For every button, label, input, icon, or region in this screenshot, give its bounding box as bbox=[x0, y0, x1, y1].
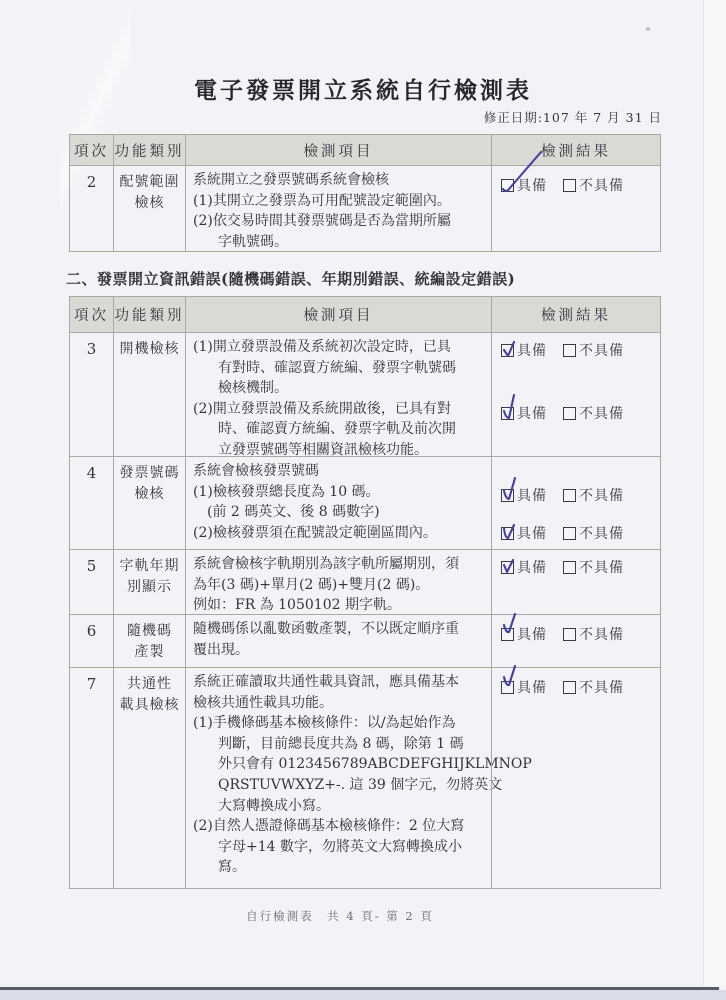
category-line: 配號範圍 bbox=[114, 172, 185, 193]
table-row-6: 6 隨機碼 產製 隨機碼係以亂數函數產製，不以既定順序重 覆出現。 bbox=[70, 614, 660, 667]
text-line: (前 2 碼英文、後 8 碼數字) bbox=[193, 502, 487, 523]
checkbox-box bbox=[563, 489, 576, 502]
category-line: 檢核 bbox=[114, 484, 185, 505]
table1-header-row: 項次 功能類別 檢測項目 檢測結果 bbox=[70, 135, 660, 165]
checkbox-box bbox=[563, 407, 576, 420]
category-cell: 開機檢核 bbox=[113, 333, 185, 456]
table2-header-row: 項次 功能類別 檢測項目 檢測結果 bbox=[70, 297, 660, 332]
text-line: (2)依交易時間其發票號碼是否為當期所屬 bbox=[193, 211, 487, 232]
checkbox-not-available[interactable]: 不具備 bbox=[563, 523, 624, 543]
result-cell: 具備 不具備 具備 bbox=[491, 457, 660, 549]
result-checkboxes: 具備 不具備 bbox=[501, 403, 624, 423]
text-line: 系統正確讀取共通性載具資訊，應具備基本 bbox=[193, 672, 487, 693]
category-line: 隨機碼 bbox=[114, 621, 185, 642]
item-no-cell: 6 bbox=[70, 615, 113, 667]
checkbox-box bbox=[501, 681, 514, 694]
text-line: 系統會檢核發票號碼 bbox=[193, 461, 487, 482]
checkbox-not-available[interactable]: 不具備 bbox=[563, 624, 624, 644]
text-line: 寫。 bbox=[193, 857, 487, 878]
checkbox-label: 不具備 bbox=[579, 175, 624, 195]
text-line: 檢核共通性載具功能。 bbox=[193, 693, 487, 714]
checkbox-box bbox=[501, 344, 514, 357]
checkbox-label: 具備 bbox=[517, 340, 547, 360]
checkbox-available[interactable]: 具備 bbox=[501, 557, 547, 577]
result-cell: 具備 不具備 具備 bbox=[491, 333, 660, 456]
text-line: 系統會檢核字軌期別為該字軌所屬期別，須 bbox=[193, 554, 487, 575]
checkbox-label: 具備 bbox=[517, 677, 547, 697]
checkbox-box bbox=[501, 527, 514, 540]
checkbox-label: 具備 bbox=[517, 403, 547, 423]
checkmark-icon bbox=[500, 339, 518, 359]
scan-speck bbox=[646, 27, 650, 31]
text-line: (1)其開立之發票為可用配號設定範圍內。 bbox=[193, 191, 487, 212]
text-line: 系統開立之發票號碼系統會檢核 bbox=[193, 170, 487, 191]
checkbox-available[interactable]: 具備 bbox=[501, 677, 547, 697]
inspection-item-cell: 隨機碼係以亂數函數產製，不以既定順序重 覆出現。 bbox=[185, 615, 491, 667]
checkbox-label: 不具備 bbox=[579, 340, 624, 360]
checkbox-available[interactable]: 具備 bbox=[501, 523, 547, 543]
text-line: (1)開立發票設備及系統初次設定時，已具 bbox=[193, 337, 487, 358]
paper-right-edge bbox=[703, 0, 726, 986]
checkbox-not-available[interactable]: 不具備 bbox=[563, 175, 624, 195]
section2-heading: 二、發票開立資訊錯誤(隨機碼錯誤、年期別錯誤、統編設定錯誤) bbox=[66, 268, 515, 289]
item-no-cell: 3 bbox=[70, 333, 113, 456]
checkbox-not-available[interactable]: 不具備 bbox=[563, 485, 624, 505]
checkbox-box bbox=[501, 489, 514, 502]
header-inspection-item: 檢測項目 bbox=[185, 135, 491, 165]
header-result: 檢測結果 bbox=[491, 297, 660, 332]
text-line: (1)手機條碼基本檢核條件：以/為起始作為 bbox=[193, 713, 487, 734]
checkbox-label: 具備 bbox=[517, 624, 547, 644]
checkbox-box bbox=[563, 561, 576, 574]
checkbox-available[interactable]: 具備 bbox=[501, 485, 547, 505]
result-cell: 具備 不具備 bbox=[491, 615, 660, 667]
result-checkboxes: 具備 不具備 bbox=[501, 340, 624, 360]
result-checkboxes: 具備 不具備 bbox=[501, 624, 624, 644]
text-line: 外只會有 0123456789ABCDEFGHIJKLMNOP bbox=[193, 754, 487, 775]
item-no-cell: 2 bbox=[70, 166, 113, 251]
result-checkboxes: 具備 不具備 bbox=[501, 485, 624, 505]
item-no-cell: 5 bbox=[70, 550, 113, 614]
header-item-no: 項次 bbox=[70, 297, 113, 332]
checkbox-box bbox=[501, 628, 514, 641]
inspection-item-cell: 系統開立之發票號碼系統會檢核 (1)其開立之發票為可用配號設定範圍內。 (2)依… bbox=[185, 166, 491, 251]
checkbox-label: 具備 bbox=[517, 485, 547, 505]
checkbox-available[interactable]: 具備 bbox=[501, 175, 547, 195]
page-title: 電子發票開立系統自行檢測表 bbox=[0, 72, 726, 105]
header-item-no: 項次 bbox=[70, 135, 113, 165]
table-row-2: 2 配號範圍 檢核 系統開立之發票號碼系統會檢核 (1)其開立之發票為可用配號設… bbox=[70, 165, 660, 251]
checkbox-label: 不具備 bbox=[579, 557, 624, 577]
checkbox-box bbox=[501, 561, 514, 574]
result-checkboxes: 具備 不具備 bbox=[501, 523, 624, 543]
checkbox-label: 不具備 bbox=[579, 677, 624, 697]
inspection-item-cell: 系統正確讀取共通性載具資訊，應具備基本 檢核共通性載具功能。 (1)手機條碼基本… bbox=[185, 668, 491, 888]
text-line: 字軌號碼。 bbox=[193, 232, 487, 253]
inspection-item-cell: (1)開立發票設備及系統初次設定時，已具 有對時、確認賣方統編、發票字軌號碼 檢… bbox=[185, 333, 491, 456]
checkbox-box bbox=[563, 344, 576, 357]
category-line: 字軌年期 bbox=[114, 556, 185, 577]
text-line: (2)自然人憑證條碼基本檢核條件：2 位大寫 bbox=[193, 816, 487, 837]
table-row-5: 5 字軌年期 別顯示 系統會檢核字軌期別為該字軌所屬期別，須 為年(3 碼)+單… bbox=[70, 549, 660, 614]
text-line: 字母+14 數字，勿將英文大寫轉換成小 bbox=[193, 837, 487, 858]
inspection-item-cell: 系統會檢核發票號碼 (1)檢核發票總長度為 10 碼。 (前 2 碼英文、後 8… bbox=[185, 457, 491, 549]
header-category: 功能類別 bbox=[113, 297, 185, 332]
checkbox-label: 具備 bbox=[517, 175, 547, 195]
category-cell: 隨機碼 產製 bbox=[113, 615, 185, 667]
category-cell: 字軌年期 別顯示 bbox=[113, 550, 185, 614]
checkbox-available[interactable]: 具備 bbox=[501, 403, 547, 423]
category-line: 共通性 bbox=[114, 674, 185, 695]
table-row-3: 3 開機檢核 (1)開立發票設備及系統初次設定時，已具 有對時、確認賣方統編、發… bbox=[70, 332, 660, 456]
checkbox-not-available[interactable]: 不具備 bbox=[563, 677, 624, 697]
text-line: (1)檢核發票總長度為 10 碼。 bbox=[193, 482, 487, 503]
checkbox-label: 具備 bbox=[517, 523, 547, 543]
result-cell: 具備 不具備 bbox=[491, 668, 660, 888]
page-footer: 自行檢測表 共 4 頁- 第 2 頁 bbox=[0, 908, 680, 924]
text-line: 檢核機制。 bbox=[193, 378, 487, 399]
result-checkboxes: 具備 不具備 bbox=[501, 677, 624, 697]
checkbox-box bbox=[563, 681, 576, 694]
checkbox-not-available[interactable]: 不具備 bbox=[563, 340, 624, 360]
category-cell: 配號範圍 檢核 bbox=[113, 166, 185, 251]
item-no-cell: 7 bbox=[70, 668, 113, 888]
category-line: 開機檢核 bbox=[114, 339, 185, 360]
checkbox-not-available[interactable]: 不具備 bbox=[563, 557, 624, 577]
checkbox-available[interactable]: 具備 bbox=[501, 624, 547, 644]
scanner-background bbox=[0, 990, 726, 1000]
checkbox-label: 具備 bbox=[517, 557, 547, 577]
table-section2: 項次 功能類別 檢測項目 檢測結果 3 開機檢核 (1)開立發票設備及系統初次設… bbox=[69, 296, 661, 889]
text-line: 覆出現。 bbox=[193, 640, 487, 661]
text-line: (2)開立發票設備及系統開啟後，已具有對 bbox=[193, 399, 487, 420]
checkbox-label: 不具備 bbox=[579, 624, 624, 644]
checkmark-icon bbox=[500, 522, 518, 542]
table-row-4: 4 發票號碼 檢核 系統會檢核發票號碼 (1)檢核發票總長度為 10 碼。 (前… bbox=[70, 456, 660, 549]
table-row-7: 7 共通性 載具檢核 系統正確讀取共通性載具資訊，應具備基本 檢核共通性載具功能… bbox=[70, 667, 660, 888]
category-cell: 發票號碼 檢核 bbox=[113, 457, 185, 549]
text-line: 為年(3 碼)+單月(2 碼)+雙月(2 碼)。 bbox=[193, 575, 487, 596]
result-checkboxes: 具備 不具備 bbox=[501, 175, 624, 195]
checkbox-box bbox=[563, 628, 576, 641]
category-line: 發票號碼 bbox=[114, 463, 185, 484]
revision-date: 修正日期:107 年 7 月 31 日 bbox=[484, 108, 662, 126]
checkbox-available[interactable]: 具備 bbox=[501, 340, 547, 360]
text-line: QRSTUVWXYZ+-. 這 39 個字元，勿將英文 bbox=[193, 775, 487, 796]
checkbox-label: 不具備 bbox=[579, 403, 624, 423]
header-inspection-item: 檢測項目 bbox=[185, 297, 491, 332]
text-line: 隨機碼係以亂數函數產製，不以既定順序重 bbox=[193, 619, 487, 640]
result-checkboxes: 具備 不具備 bbox=[501, 557, 624, 577]
checkbox-box bbox=[563, 527, 576, 540]
inspection-item-cell: 系統會檢核字軌期別為該字軌所屬期別，須 為年(3 碼)+單月(2 碼)+雙月(2… bbox=[185, 550, 491, 614]
checkbox-box bbox=[501, 407, 514, 420]
text-line: 時、確認賣方統編、發票字軌及前次開 bbox=[193, 419, 487, 440]
category-line: 產製 bbox=[114, 642, 185, 663]
text-line: 判斷，目前總長度共為 8 碼，除第 1 碼 bbox=[193, 734, 487, 755]
table-section1: 項次 功能類別 檢測項目 檢測結果 2 配號範圍 檢核 系統開立之發票號碼系統會… bbox=[69, 134, 661, 252]
category-line: 檢核 bbox=[114, 193, 185, 214]
category-cell: 共通性 載具檢核 bbox=[113, 668, 185, 888]
result-cell: 具備 不具備 bbox=[491, 166, 660, 251]
text-line: 大寫轉換成小寫。 bbox=[193, 796, 487, 817]
checkbox-box bbox=[501, 179, 514, 192]
header-category: 功能類別 bbox=[113, 135, 185, 165]
checkbox-label: 不具備 bbox=[579, 523, 624, 543]
checkmark-icon bbox=[500, 556, 518, 576]
scanned-page: 電子發票開立系統自行檢測表 修正日期:107 年 7 月 31 日 項次 功能類… bbox=[0, 0, 726, 1000]
category-line: 別顯示 bbox=[114, 577, 185, 598]
header-result: 檢測結果 bbox=[491, 135, 660, 165]
text-line: (2)檢核發票須在配號設定範圍區間內。 bbox=[193, 523, 487, 544]
result-cell: 具備 不具備 bbox=[491, 550, 660, 614]
checkbox-not-available[interactable]: 不具備 bbox=[563, 403, 624, 423]
checkbox-label: 不具備 bbox=[579, 485, 624, 505]
text-line: 例如：FR 為 1050102 期字軌。 bbox=[193, 595, 487, 616]
text-line: 有對時、確認賣方統編、發票字軌號碼 bbox=[193, 358, 487, 379]
item-no-cell: 4 bbox=[70, 457, 113, 549]
checkbox-box bbox=[563, 179, 576, 192]
category-line: 載具檢核 bbox=[114, 695, 185, 716]
